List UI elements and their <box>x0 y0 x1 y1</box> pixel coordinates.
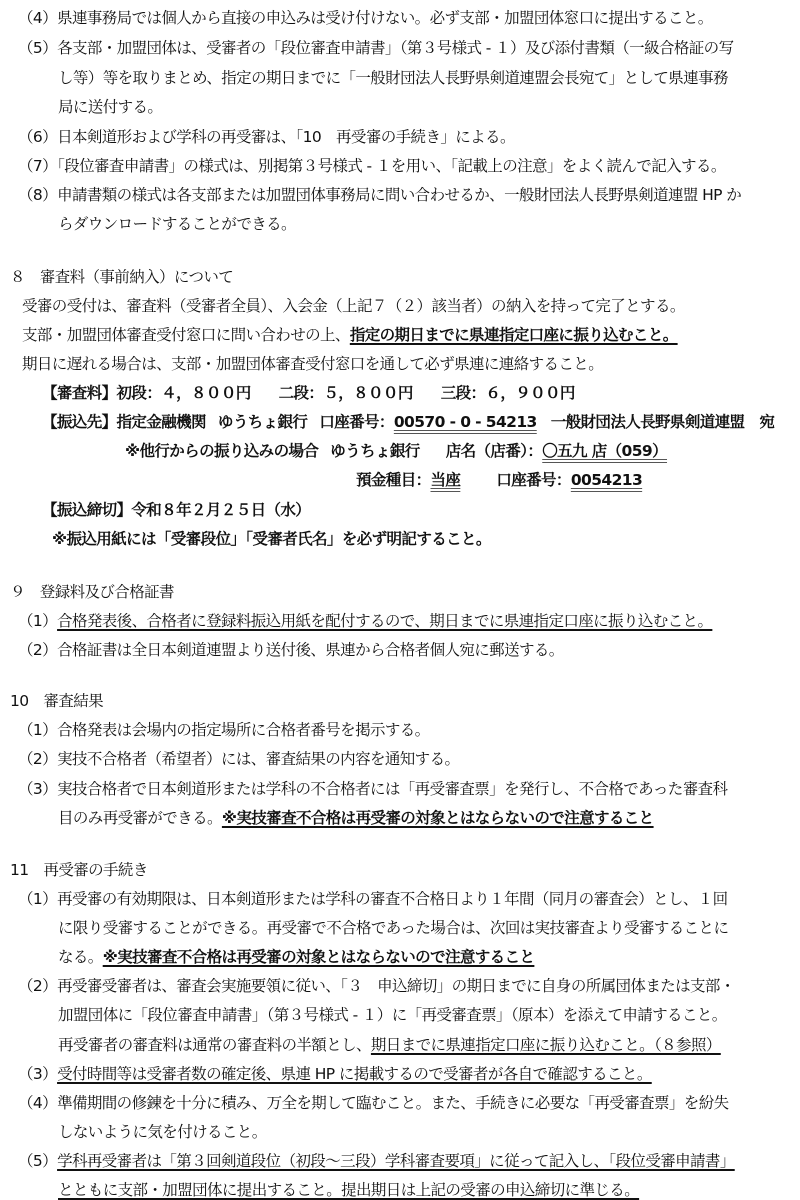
s11-item-5: （5）学科再受審者は「第３回剣道段位（初段～三段）学科審査要項」に従って記入し、… <box>18 1151 735 1171</box>
s7-item-5-cont1: し等）等を取りまとめ、指定の期日までに「一般財団法人長野県剣道連盟会長宛て」とし… <box>58 68 728 88</box>
item-text: 再受審の有効期限は、日本剣道形または学科の審査不合格日より１年間（同月の審査会）… <box>57 890 728 908</box>
deadline-date: 令和８年２月２５日（水） <box>131 501 310 519</box>
item-text: 合格発表後、合格者に登録料振込用紙を配付するので、期日までに県連指定口座に振り込… <box>57 612 712 630</box>
section8-p3: 期日に遅れる場合は、支部・加盟団体審査受付窓口を通して必ず県連に連絡すること。 <box>22 354 603 374</box>
item-text: 日本剣道形および学科の再受審は、「10 再受審の手続き」による。 <box>57 128 515 146</box>
deadline-label: 【振込締切】 <box>42 501 131 519</box>
item-text: とともに支部・加盟団体に提出すること。提出期日は上記の受審の申込締切に準じる。 <box>58 1181 639 1199</box>
section8-heading: ８ 審査料（事前納入）について <box>10 267 233 287</box>
fee-sandan: 三段：６，９００円 <box>441 384 575 402</box>
section10-heading: 10 審査結果 <box>10 691 103 711</box>
section11-heading: 11 再受審の手続き <box>10 860 148 880</box>
s11-item-1-cont2: なる。※実技審査不合格は再受審の対象とはならないので注意すること <box>58 947 534 967</box>
s10-item-3-cont: 目のみ再受審ができる。※実技審査不合格は再受審の対象とはならないので注意すること <box>58 808 654 828</box>
s9-item-2: （2）合格証書は全日本剣道連盟より送付後、県連から合格者個人宛に郵送する。 <box>18 640 564 660</box>
s7-item-5-cont2: 局に送付する。 <box>58 97 162 117</box>
section8-p1: 受審の受付は、審査料（受審者全員）、入会金（上記７（２）該当者）の納入を持って完… <box>22 296 685 316</box>
s7-item-6: （6）日本剣道形および学科の再受審は、「10 再受審の手続き」による。 <box>18 127 515 147</box>
item-number: （3） <box>18 1065 57 1083</box>
s11-item-2-cont1: 加盟団体に「段位審査申請書」（第３号様式 - １）に「再受審査票」（原本）を添え… <box>58 1005 727 1025</box>
fee-nidan: 二段：５，８００円 <box>279 384 413 402</box>
item-text: 合格発表は会場内の指定場所に合格者番号を掲示する。 <box>57 721 430 739</box>
item-text: 学科再受審者は「第３回剣道段位（初段～三段）学科審査要項」に従って記入し、「段位… <box>57 1152 735 1170</box>
item-number: （3） <box>18 780 57 798</box>
transfer-row-2: ※他行からの振り込みの場合ゆうちょ銀行店名（店番）：〇五九 店（059） <box>125 441 667 461</box>
item-number: （1） <box>18 721 57 739</box>
item-number: （2） <box>18 641 57 659</box>
deadline-row: 【振込締切】令和８年２月２５日（水） <box>42 500 310 520</box>
s10-item-1: （1）合格発表は会場内の指定場所に合格者番号を掲示する。 <box>18 720 430 740</box>
account-label-2: 口座番号： <box>496 471 571 489</box>
s7-item-8: （8）申請書類の様式は各支部または加盟団体事務局に問い合わせるか、一般財団法人長… <box>18 185 741 205</box>
item-text: 準備期間の修錬を十分に積み、万全を期して臨むこと。また、手続きに必要な「再受審査… <box>57 1094 728 1112</box>
section8-p2: 支部・加盟団体審査受付窓口に問い合わせの上、指定の期日までに県連指定口座に振り込… <box>22 325 678 345</box>
item-text: 合格証書は全日本剣道連盟より送付後、県連から合格者個人宛に郵送する。 <box>57 641 564 659</box>
s11-item-1: （1）再受審の有効期限は、日本剣道形または学科の審査不合格日より１年間（同月の審… <box>18 889 728 909</box>
s11-item-2: （2）再受審受審者は、審査会実施要領に従い、「３ 申込締切」の期日までに自身の所… <box>18 976 735 996</box>
item-text: 実技合格者で日本剣道形または学科の不合格者には「再受審査票」を発行し、不合格であ… <box>57 780 727 798</box>
item-emphasis: 期日までに県連指定口座に振り込むこと。（８参照） <box>371 1036 721 1054</box>
item-emphasis: ※実技審査不合格は再受審の対象とはならないので注意すること <box>103 948 535 966</box>
s11-item-4: （4）準備期間の修錬を十分に積み、万全を期して臨むこと。また、手続きに必要な「再… <box>18 1093 729 1113</box>
item-text: 再受審者の審査料は通常の審査料の半額とし、 <box>58 1036 371 1054</box>
item-number: （5） <box>18 1152 57 1170</box>
s11-item-4-cont: しないように気を付けること。 <box>58 1122 267 1142</box>
fee-label: 【審査料】 <box>42 384 117 402</box>
branch-value: 〇五九 店（059） <box>542 442 667 460</box>
s7-item-8-cont: らダウンロードすることができる。 <box>58 214 296 234</box>
bank-name-2: ゆうちょ銀行 <box>330 442 419 460</box>
p2-emphasis: 指定の期日までに県連指定口座に振り込むこと。 <box>350 326 678 344</box>
item-number: （5） <box>18 39 57 57</box>
s9-item-1: （1）合格発表後、合格者に登録料振込用紙を配付するので、期日までに県連指定口座に… <box>18 611 712 631</box>
fee-shodan: 初段：４，８００円 <box>117 384 251 402</box>
item-text: 各支部・加盟団体は、受審者の「段位審査申請書」（第３号様式 - １）及び添付書類… <box>57 39 733 57</box>
s11-item-2-cont2: 再受審者の審査料は通常の審査料の半額とし、期日までに県連指定口座に振り込むこと。… <box>58 1035 721 1055</box>
p2-text: 支部・加盟団体審査受付窓口に問い合わせの上、 <box>22 326 350 344</box>
item-text: 目のみ再受審ができる。 <box>58 809 222 827</box>
institution-label: 指定金融機関 <box>117 413 206 431</box>
other-bank-note: ※他行からの振り込みの場合 <box>125 442 318 460</box>
item-text: 再受審受審者は、審査会実施要領に従い、「３ 申込締切」の期日までに自身の所属団体… <box>57 977 735 995</box>
s11-item-3: （3）受付時間等は受審者数の確定後、県連 HP に掲載するので受審者が各自で確認… <box>18 1064 652 1084</box>
bank-name: ゆうちょ銀行 <box>218 413 307 431</box>
branch-label: 店名（店番）： <box>446 442 543 460</box>
payee: 一般財団法人長野県剣道連盟 宛 <box>551 413 775 431</box>
item-number: （6） <box>18 128 57 146</box>
item-text: 実技不合格者（希望者）には、審査結果の内容を通知する。 <box>57 750 459 768</box>
transfer-label: 【振込先】 <box>42 413 117 431</box>
item-emphasis: ※実技審査不合格は再受審の対象とはならないので注意すること <box>222 809 654 827</box>
item-text: 県連事務局では個人から直接の申込みは受け付けない。必ず支部・加盟団体窓口に提出す… <box>57 9 713 27</box>
s11-item-5-cont: とともに支部・加盟団体に提出すること。提出期日は上記の受審の申込締切に準じる。 <box>58 1180 639 1200</box>
transfer-row-1: 【振込先】指定金融機関ゆうちょ銀行口座番号：00570 - 0 - 54213一… <box>42 412 774 432</box>
account-number: 00570 - 0 - 54213 <box>394 413 537 431</box>
item-number: （2） <box>18 750 57 768</box>
item-number: （7） <box>18 157 57 175</box>
deposit-type-value: 当座 <box>431 471 461 489</box>
fee-row: 【審査料】初段：４，８００円二段：５，８００円三段：６，９００円 <box>42 383 575 403</box>
account-label: 口座番号： <box>319 413 394 431</box>
section9-heading: ９ 登録料及び合格証書 <box>10 582 174 602</box>
s10-item-2: （2）実技不合格者（希望者）には、審査結果の内容を通知する。 <box>18 749 459 769</box>
s11-item-1-cont1: に限り受審することができる。再受審で不合格であった場合は、次回は実技審査より受審… <box>58 918 728 938</box>
item-text: 「段位審査申請書」の様式は、別掲第３号様式 - １を用い、「記載上の注意」をよく… <box>57 157 726 175</box>
item-number: （2） <box>18 977 57 995</box>
item-text: 申請書類の様式は各支部または加盟団体事務局に問い合わせるか、一般財団法人長野県剣… <box>57 186 741 204</box>
account-number-2: 0054213 <box>571 471 642 489</box>
deadline-note: ※振込用紙には「受審段位」「受審者氏名」を必ず明記すること。 <box>52 529 491 549</box>
transfer-row-3: 預金種目：当座口座番号：0054213 <box>356 470 642 490</box>
item-number: （1） <box>18 890 57 908</box>
item-number: （1） <box>18 612 57 630</box>
item-text: 受付時間等は受審者数の確定後、県連 HP に掲載するので受審者が各自で確認するこ… <box>57 1065 652 1083</box>
s7-item-4: （4）県連事務局では個人から直接の申込みは受け付けない。必ず支部・加盟団体窓口に… <box>18 8 713 28</box>
deposit-type-label: 預金種目： <box>356 471 431 489</box>
s7-item-7: （7）「段位審査申請書」の様式は、別掲第３号様式 - １を用い、「記載上の注意」… <box>18 156 726 176</box>
item-number: （8） <box>18 186 57 204</box>
item-number: （4） <box>18 9 57 27</box>
item-text: なる。 <box>58 948 103 966</box>
s10-item-3: （3）実技合格者で日本剣道形または学科の不合格者には「再受審査票」を発行し、不合… <box>18 779 727 799</box>
s7-item-5: （5）各支部・加盟団体は、受審者の「段位審査申請書」（第３号様式 - １）及び添… <box>18 38 733 58</box>
item-number: （4） <box>18 1094 57 1112</box>
